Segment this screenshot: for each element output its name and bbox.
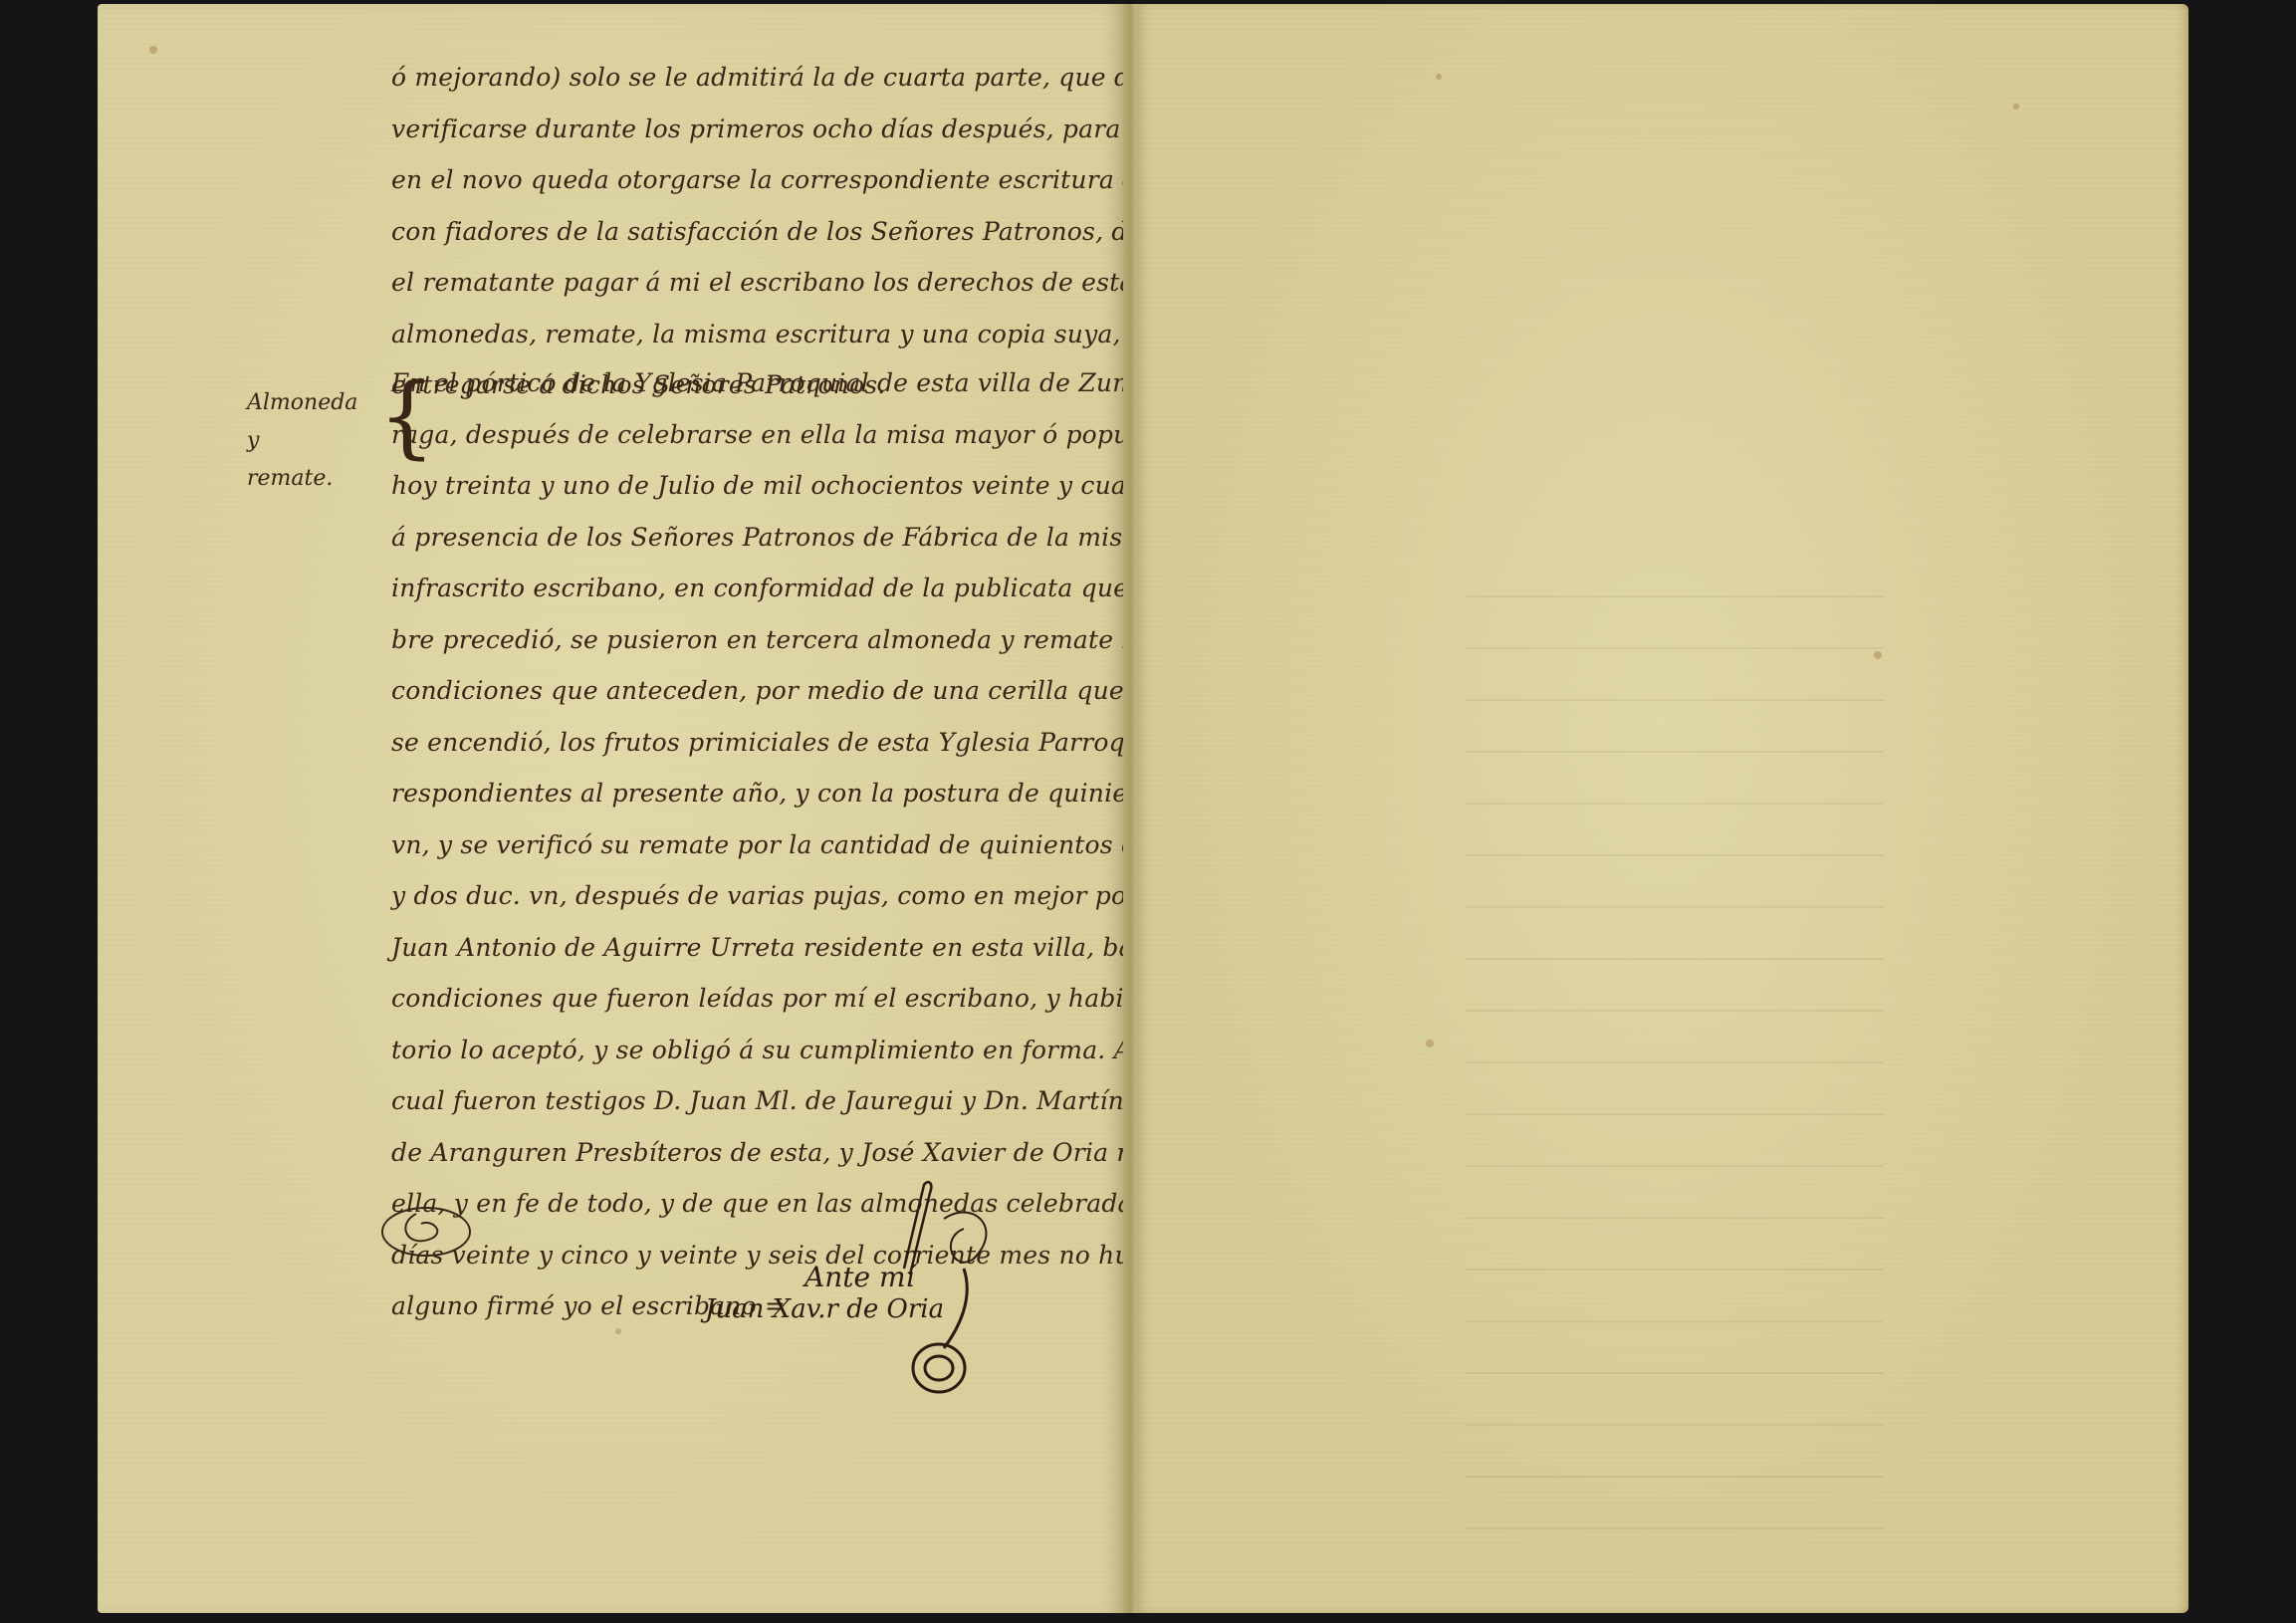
- paper-stain: [1436, 74, 1442, 80]
- paper-stain: [1426, 1040, 1434, 1047]
- manuscript-line: hoy treinta y uno de Julio de mil ochoci…: [391, 460, 1218, 512]
- left-page: 1 ó mejorando) solo se le admitirá la de…: [98, 4, 1123, 1613]
- book-gutter: [1123, 4, 1137, 1613]
- manuscript-line: cual fueron testigos D. Juan Ml. de Jaur…: [391, 1075, 1218, 1127]
- paper-stain: [1874, 651, 1882, 659]
- manuscript-spread: 1 ó mejorando) solo se le admitirá la de…: [98, 4, 2198, 1613]
- margin-note: Almoneda y remate.: [247, 384, 366, 498]
- manuscript-line: condiciones que fueron leídas por mí el …: [391, 973, 1218, 1025]
- manuscript-line: En el pórtico de la Yglesia Parroquial d…: [391, 357, 1218, 409]
- flourish-icon: [376, 1194, 486, 1264]
- margin-note-line: remate.: [247, 460, 366, 498]
- manuscript-line: bre precedió, se pusieron en tercera alm…: [391, 614, 1218, 666]
- manuscript-line: condiciones que anteceden, por medio de …: [391, 665, 1218, 717]
- manuscript-line: verificarse durante los primeros ocho dí…: [391, 104, 1218, 155]
- paper-stain: [2013, 104, 2019, 110]
- manuscript-line: infrascrito escribano, en conformidad de…: [391, 563, 1218, 614]
- signature-name: Juan Xav.r de Oria: [705, 1294, 944, 1324]
- manuscript-line: con fiadores de la satisfacción de los S…: [391, 206, 1218, 258]
- manuscript-line: vn, y se verificó su remate por la canti…: [391, 819, 1218, 871]
- manuscript-line: raga, después de celebrarse en ella la m…: [391, 409, 1218, 461]
- manuscript-line: á presencia de los Señores Patronos de F…: [391, 512, 1218, 564]
- signature-text: Ante mí: [804, 1261, 914, 1293]
- manuscript-line: de Aranguren Presbíteros de esta, y José…: [391, 1127, 1218, 1179]
- ink-bleed-through: [1466, 562, 1884, 1577]
- manuscript-line: torio lo aceptó, y se obligó á su cumpli…: [391, 1025, 1218, 1076]
- manuscript-line: almonedas, remate, la misma escritura y …: [391, 309, 1218, 360]
- manuscript-line: ó mejorando) solo se le admitirá la de c…: [391, 52, 1218, 104]
- manuscript-line: y dos duc. vn, después de varias pujas, …: [391, 870, 1218, 922]
- margin-note-line: Almoneda y: [247, 384, 366, 460]
- paper-stain: [149, 46, 157, 54]
- manuscript-line: se encendió, los frutos primiciales de e…: [391, 717, 1218, 769]
- manuscript-line: el rematante pagar á mi el escribano los…: [391, 257, 1218, 309]
- signature-block: Ante mí Juan Xav.r de Oria: [695, 1179, 994, 1398]
- right-page: [1137, 4, 2188, 1613]
- manuscript-line: en el novo queda otorgarse la correspond…: [391, 154, 1218, 206]
- manuscript-line: respondientes al presente año, y con la …: [391, 768, 1218, 819]
- manuscript-line: Juan Antonio de Aguirre Urreta residente…: [391, 922, 1218, 974]
